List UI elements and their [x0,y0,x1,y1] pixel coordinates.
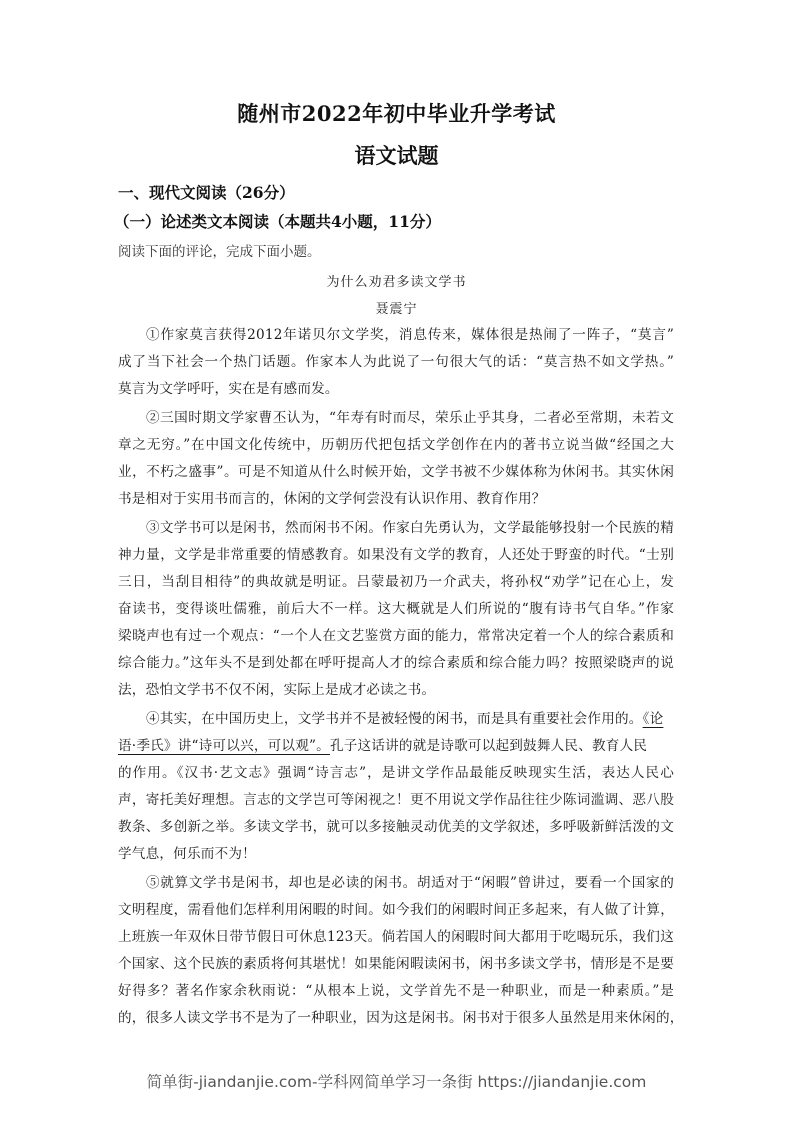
paragraph-3-line: 法，恐怕文学书不仅不闲，实际上是成才必读之书。 [118,678,674,698]
paragraph-2-line: 业，不朽之盛事”。可是不知道从什么时候开始，文学书被不少媒体称为休闲书。其实休闲 [118,460,674,480]
watermark-footer: 简单街-jiandanjie.com-学科网简单学习一条街 https://ji… [0,1070,793,1092]
paragraph-5-line: 个国家、这个民族的素质将何其堪忧！如果能闲暇读闲书，闲书多读文学书，情形是不是要 [118,952,674,972]
paragraph-4-line: 的作用。《汉书·艺文志》强调“诗言志”，是讲文学作品最能反映现实生活，表达人民心 [118,761,674,781]
paragraph-4-line: 教条、多创新之举。多读文学书，就可以多接触灵动优美的文学叙述，多呼吸新鲜活泼的文 [118,815,674,835]
underlined-quote: 语·季氏》讲“诗可以兴，可以观”。 [118,738,330,754]
paragraph-3-line: 梁晓声也有过一个观点：“一个人在文艺鉴赏方面的能力，常常决定着一个人的综合素质和 [118,624,674,644]
exam-title: 随州市2022年初中毕业升学考试 [0,98,793,128]
subsection-heading: （一）论述类文本阅读（本题共4小题，11分） [114,210,441,232]
paragraph-4-line: 语·季氏》讲“诗可以兴，可以观”。孔子这话讲的就是诗歌可以起到鼓舞人民、教育人民 [118,734,674,754]
paragraph-2-line: 章之无穷。”在中国文化传统中，历朝历代把包括文学创作在内的著书立说当做“经国之大 [118,433,674,453]
instruction-text: 阅读下面的评论，完成下面小题。 [118,240,321,260]
section-heading: 一、现代文阅读（26分） [118,181,295,203]
paragraph-5-line: 文明程度，需看他们怎样利用闲暇的时间。如今我们的闲暇时间正多起来，有人做了计算， [118,898,674,918]
paragraph-3-line: ③文学书可以是闲书，然而闲书不闲。作家白先勇认为，文学最能够投射一个民族的精 [146,516,674,536]
article-author: 聂震宁 [0,298,793,317]
exam-subtitle: 语文试题 [0,140,793,170]
article-title: 为什么劝君多读文学书 [0,271,793,290]
paragraph-3-line: 三日，当刮目相待”的典故就是明证。吕蒙最初乃一介武夫，将孙权“劝学”记在心上，发 [118,570,674,590]
paragraph-1-line: ①作家莫言获得2012年诺贝尔文学奖，消息传来，媒体很是热闹了一阵子，“莫言” [146,323,674,343]
paragraph-4-text: 孔子这话讲的就是诗歌可以起到鼓舞人民、教育人民 [330,738,647,754]
paragraph-3-line: 神力量，文学是非常重要的情感教育。如果没有文学的教育，人还处于野蛮的时代。“士别 [118,543,674,563]
paragraph-3-line: 奋读书，变得谈吐儒雅，前后大不一样。这大概就是人们所说的“腹有诗书气自华。”作家 [118,597,674,617]
paragraph-4-text: ④其实，在中国历史上，文学书并不是被轻慢的闲书，而是具有重要社会作用的。 [146,711,643,727]
paragraph-4-line: 学气息，何乐而不为！ [118,842,674,862]
paragraph-5-line: 的，很多人读文学书不是为了一种职业，因为这是闲书。闲书对于很多人虽然是用来休闲的… [118,1006,674,1026]
paragraph-4-line: ④其实，在中国历史上，文学书并不是被轻慢的闲书，而是具有重要社会作用的。《论 [146,707,674,727]
exam-page: 随州市2022年初中毕业升学考试 语文试题 一、现代文阅读（26分） （一）论述… [0,0,793,1122]
paragraph-5-line: 好得多？著名作家余秋雨说：“从根本上说，文学首先不是一种职业，而是一种素质。”是 [118,979,674,999]
paragraph-2-line: 书是相对于实用书而言的，休闲的文学何尝没有认识作用、教育作用？ [118,487,674,507]
paragraph-2-line: ②三国时期文学家曹丕认为，“年寿有时而尽，荣乐止乎其身，二者必至常期，未若文 [146,406,674,426]
paragraph-1-line: 成了当下社会一个热门话题。作家本人为此说了一句很大气的话：“莫言热不如文学热。” [118,350,674,370]
paragraph-3-line: 综合能力。”这年头不是到处都在呼吁提高人才的综合素质和综合能力吗？按照梁晓声的说 [118,651,674,671]
underlined-quote: 《论 [643,711,664,727]
paragraph-1-line: 莫言为文学呼吁，实在是有感而发。 [118,377,674,397]
paragraph-5-line: 上班族一年双休日带节假日可休息123天。倘若国人的闲暇时间大都用于吃喝玩乐，我们… [118,925,674,945]
paragraph-5-line: ⑤就算文学书是闲书，却也是必读的闲书。胡适对于“闲暇”曾讲过，要看一个国家的 [146,871,674,891]
paragraph-4-line: 声，寄托美好理想。言志的文学岂可等闲视之！更不用说文学作品往往少陈词滥调、恶八股 [118,788,674,808]
